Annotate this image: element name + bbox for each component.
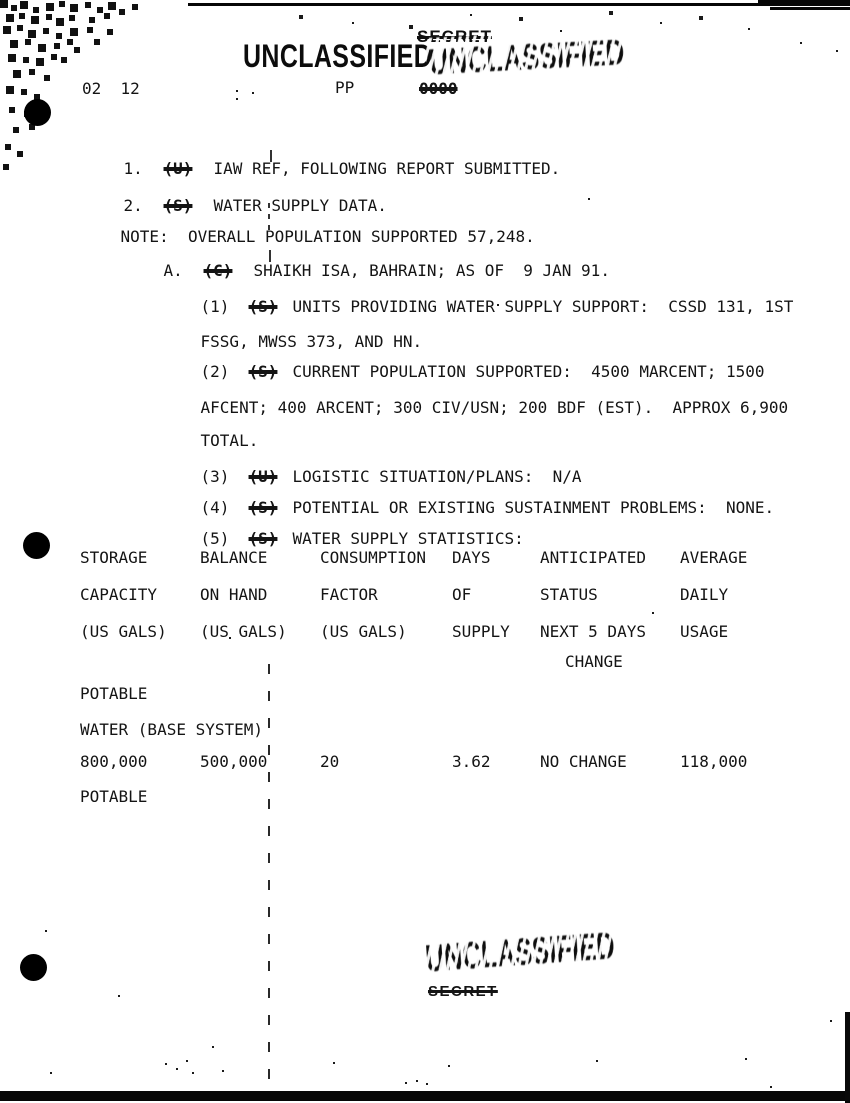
classification-mark-struck: (S) <box>249 531 293 547</box>
table-row-label: WATER (BASE SYSTEM) <box>0 720 850 738</box>
paragraph-text: IAW REF, FOLLOWING REPORT SUBMITTED. <box>214 159 561 178</box>
table-header-cell: BALANCE <box>200 548 267 567</box>
table-header-cell: NEXT 5 DAYS <box>540 622 646 641</box>
precedence-code: PP <box>335 80 354 96</box>
table-header-row-1: STORAGE BALANCE CONSUMPTION DAYS ANTICIP… <box>0 548 850 566</box>
table-header-cell: AVERAGE <box>680 548 747 567</box>
paragraph-number: (4) <box>201 500 249 516</box>
table-header-cell: CAPACITY <box>80 585 157 604</box>
scan-edge-line-top-right-2 <box>770 7 850 10</box>
paragraph-number: (2) <box>201 364 249 380</box>
classification-mark-struck: (C) <box>204 263 254 279</box>
paragraph-text: TOTAL. <box>201 431 259 450</box>
unclassified-stamp-bottom: UNCLASSIFIED <box>424 925 616 982</box>
table-header-row-4: CHANGE <box>0 652 850 670</box>
table-cell: NO CHANGE <box>540 752 627 771</box>
table-header-cell: STORAGE <box>80 548 147 567</box>
table-row-label: POTABLE <box>0 787 850 805</box>
scan-edge-line-top-right <box>758 0 850 4</box>
table-cell: POTABLE <box>80 684 147 703</box>
table-cell: POTABLE <box>80 787 147 806</box>
table-cell: 20 <box>320 752 339 771</box>
secret-marking-struck-bottom: SECRET <box>428 983 498 1000</box>
table-cell: WATER (BASE SYSTEM) <box>80 720 263 739</box>
table-header-cell: FACTOR <box>320 585 378 604</box>
paragraph-number: (3) <box>201 469 249 485</box>
table-header-cell: STATUS <box>540 585 598 604</box>
table-header-row-2: CAPACITY ON HAND FACTOR OF STATUS DAILY <box>0 585 850 603</box>
table-header-cell: DAILY <box>680 585 728 604</box>
classification-mark-struck: (S) <box>249 299 293 315</box>
table-data-row: 800,000 500,000 20 3.62 NO CHANGE 118,00… <box>0 752 850 770</box>
paragraph-number: 2. <box>124 198 164 214</box>
table-header-cell: ANTICIPATED <box>540 548 646 567</box>
scan-speckles <box>0 0 2 2</box>
table-header-cell: DAYS <box>452 548 491 567</box>
paragraph-text: NOTE: OVERALL POPULATION SUPPORTED 57,24… <box>121 227 535 246</box>
classification-mark-struck: (U) <box>249 469 293 485</box>
paragraph-text: CURRENT POPULATION SUPPORTED: 4500 MARCE… <box>293 362 765 381</box>
table-header-cell: ON HAND <box>200 585 267 604</box>
paragraph-number: (5) <box>201 531 249 547</box>
table-header-cell: OF <box>452 585 471 604</box>
unclassified-heading: UNCLASSIFIED <box>243 38 432 75</box>
classification-mark-struck: (S) <box>164 198 214 214</box>
hole-punch-top <box>24 99 51 126</box>
table-cell: 800,000 <box>80 752 147 771</box>
table-cell: 3.62 <box>452 752 491 771</box>
table-header-cell: (US GALS) <box>320 622 407 641</box>
scan-edge-bar-bottom <box>0 1091 850 1101</box>
redacted-code-struck: 0000 <box>419 79 458 98</box>
table-header-cell: (US GALS) <box>80 622 167 641</box>
paragraph-number: (1) <box>201 299 249 315</box>
scan-edge-line-top <box>188 3 850 6</box>
table-header-cell: SUPPLY <box>452 622 510 641</box>
table-cell: 118,000 <box>680 752 747 771</box>
table-header-cell: CHANGE <box>565 652 623 671</box>
paragraph-text: WATER SUPPLY STATISTICS: <box>293 529 524 548</box>
table-cell: 500,000 <box>200 752 267 771</box>
hole-punch-bottom <box>20 954 47 981</box>
classification-mark-struck: (U) <box>164 161 214 177</box>
classification-mark-struck: (S) <box>249 364 293 380</box>
paragraph-text: UNITS PROVIDING WATER SUPPLY SUPPORT: CS… <box>293 297 794 316</box>
unclassified-stamp-top: UNCLASSIFIED <box>428 32 625 84</box>
table-row-label: POTABLE <box>0 684 850 702</box>
date-time-group: 02 12 <box>82 81 140 97</box>
table-header-cell: (US GALS) <box>200 622 287 641</box>
classification-mark-struck: (S) <box>249 500 293 516</box>
table-header-cell: USAGE <box>680 622 728 641</box>
scanned-document-page: SECRET UNCLASSIFIED UNCLASSIFIED 02 12 P… <box>0 0 850 1103</box>
paragraph-number: A. <box>164 263 204 279</box>
scan-edge-line-right <box>845 1012 850 1103</box>
paragraph-text: AFCENT; 400 ARCENT; 300 CIV/USN; 200 BDF… <box>201 398 789 417</box>
table-header-row-3: (US GALS) (US GALS) (US GALS) SUPPLY NEX… <box>0 622 850 640</box>
paragraph-number: 1. <box>124 161 164 177</box>
table-header-cell: CONSUMPTION <box>320 548 426 567</box>
paragraph-text: SHAIKH ISA, BAHRAIN; AS OF 9 JAN 91. <box>254 261 610 280</box>
